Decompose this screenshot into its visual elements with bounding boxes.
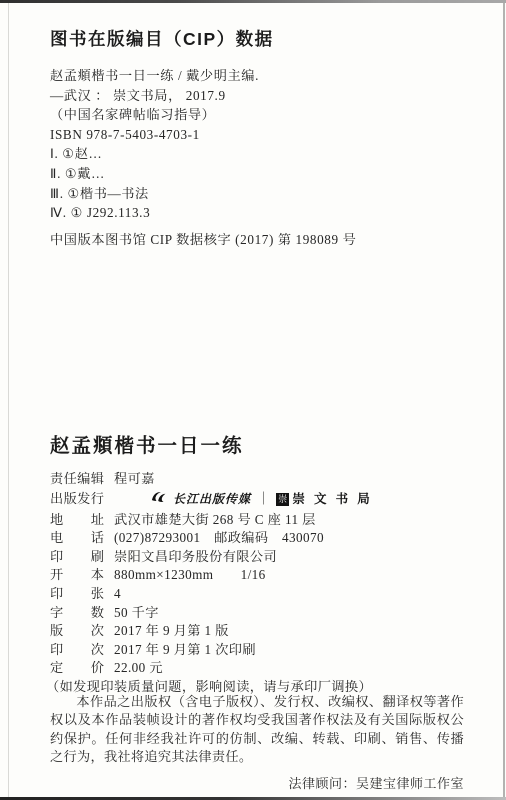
cip-line-index-4: Ⅳ. ① J292.113.3 — [50, 203, 472, 223]
row-value: 50 千字 — [114, 604, 159, 623]
row-label: 印 张 — [50, 585, 108, 604]
legal-counsel: 法律顾问：吴建宝律师工作室 — [50, 773, 464, 792]
row-label: 责任编辑 — [50, 470, 108, 489]
scan-edge-left — [8, 3, 9, 797]
logo-divider: ｜ — [257, 490, 270, 509]
press-seal-icon: 崇 — [276, 493, 289, 506]
row-value: 4 — [114, 585, 121, 604]
row-value: 2017 年 9 月第 1 版 — [114, 622, 229, 641]
row-price: 定 价 22.00 元 — [50, 659, 472, 678]
row-value: 武汉市雄楚大街 268 号 C 座 11 层 — [114, 511, 316, 530]
press-name: 崇 文 书 局 — [292, 490, 372, 509]
row-value: 880mm×1230mm 1/16 — [114, 566, 266, 585]
row-label: 版 次 — [50, 622, 108, 641]
row-label: 定 价 — [50, 659, 108, 678]
row-format: 开 本 880mm×1230mm 1/16 — [50, 566, 472, 585]
colophon-section: 赵孟頫楷书一日一练 责任编辑 程可嘉 出版发行 长江出版传媒 ｜ 崇 崇 文 书… — [50, 430, 472, 697]
scan-edge-top — [0, 0, 506, 3]
row-sheets: 印 张 4 — [50, 585, 472, 604]
cip-line-index-2: Ⅱ. ①戴… — [50, 164, 472, 184]
cip-title: 图书在版编目（CIP）数据 — [50, 26, 472, 51]
book-title: 赵孟頫楷书一日一练 — [50, 430, 472, 458]
row-label: 开 本 — [50, 566, 108, 585]
row-phone: 电 话 (027)87293001 邮政编码 430070 — [50, 529, 472, 548]
row-label: 地 址 — [50, 511, 108, 530]
row-label: 印 刷 — [50, 548, 108, 567]
row-value: 22.00 元 — [114, 659, 163, 678]
row-address: 地 址 武汉市雄楚大街 268 号 C 座 11 层 — [50, 511, 472, 530]
cip-record-number: 中国版本图书馆 CIP 数据核字 (2017) 第 198089 号 — [50, 230, 472, 250]
cip-line-title-author: 赵孟頫楷书一日一练 / 戴少明主编. — [50, 66, 472, 86]
legal-section: 本作品之出版权（含电子版权）、发行权、改编权、翻译权等著作权以及本作品装帧设计的… — [50, 693, 464, 792]
cip-section: 图书在版编目（CIP）数据 赵孟頫楷书一日一练 / 戴少明主编. —武汉 ： 崇… — [50, 26, 472, 249]
cip-line-publisher: —武汉 ： 崇文书局， 2017.9 — [50, 86, 472, 106]
row-printer: 印 刷 崇阳文昌印务股份有限公司 — [50, 548, 472, 567]
cip-line-index-1: Ⅰ. ①赵… — [50, 144, 472, 164]
row-value: 2017 年 9 月第 1 次印刷 — [114, 641, 256, 660]
cip-line-series: （中国名家碑帖临习指导） — [50, 105, 472, 125]
row-publisher: 出版发行 长江出版传媒 ｜ 崇 崇 文 书 局 — [50, 489, 472, 511]
row-label: 印 次 — [50, 641, 108, 660]
row-value: 崇阳文昌印务股份有限公司 — [114, 548, 277, 567]
cip-line-index-3: Ⅲ. ①楷书—书法 — [50, 184, 472, 204]
row-label: 出版发行 — [50, 490, 108, 509]
row-edition: 版 次 2017 年 9 月第 1 版 — [50, 622, 472, 641]
cip-line-isbn: ISBN 978-7-5403-4703-1 — [50, 125, 472, 145]
media-group-name: 长江出版传媒 — [173, 490, 251, 509]
row-label: 字 数 — [50, 604, 108, 623]
row-word-count: 字 数 50 千字 — [50, 604, 472, 623]
book-copyright-page: 图书在版编目（CIP）数据 赵孟頫楷书一日一练 / 戴少明主编. —武汉 ： 崇… — [0, 0, 506, 800]
row-value: (027)87293001 邮政编码 430070 — [114, 529, 324, 548]
row-impression: 印 次 2017 年 9 月第 1 次印刷 — [50, 641, 472, 660]
row-label: 电 话 — [50, 529, 108, 548]
scan-edge-right — [503, 3, 505, 797]
copyright-notice: 本作品之出版权（含电子版权）、发行权、改编权、翻译权等著作权以及本作品装帧设计的… — [50, 693, 464, 766]
